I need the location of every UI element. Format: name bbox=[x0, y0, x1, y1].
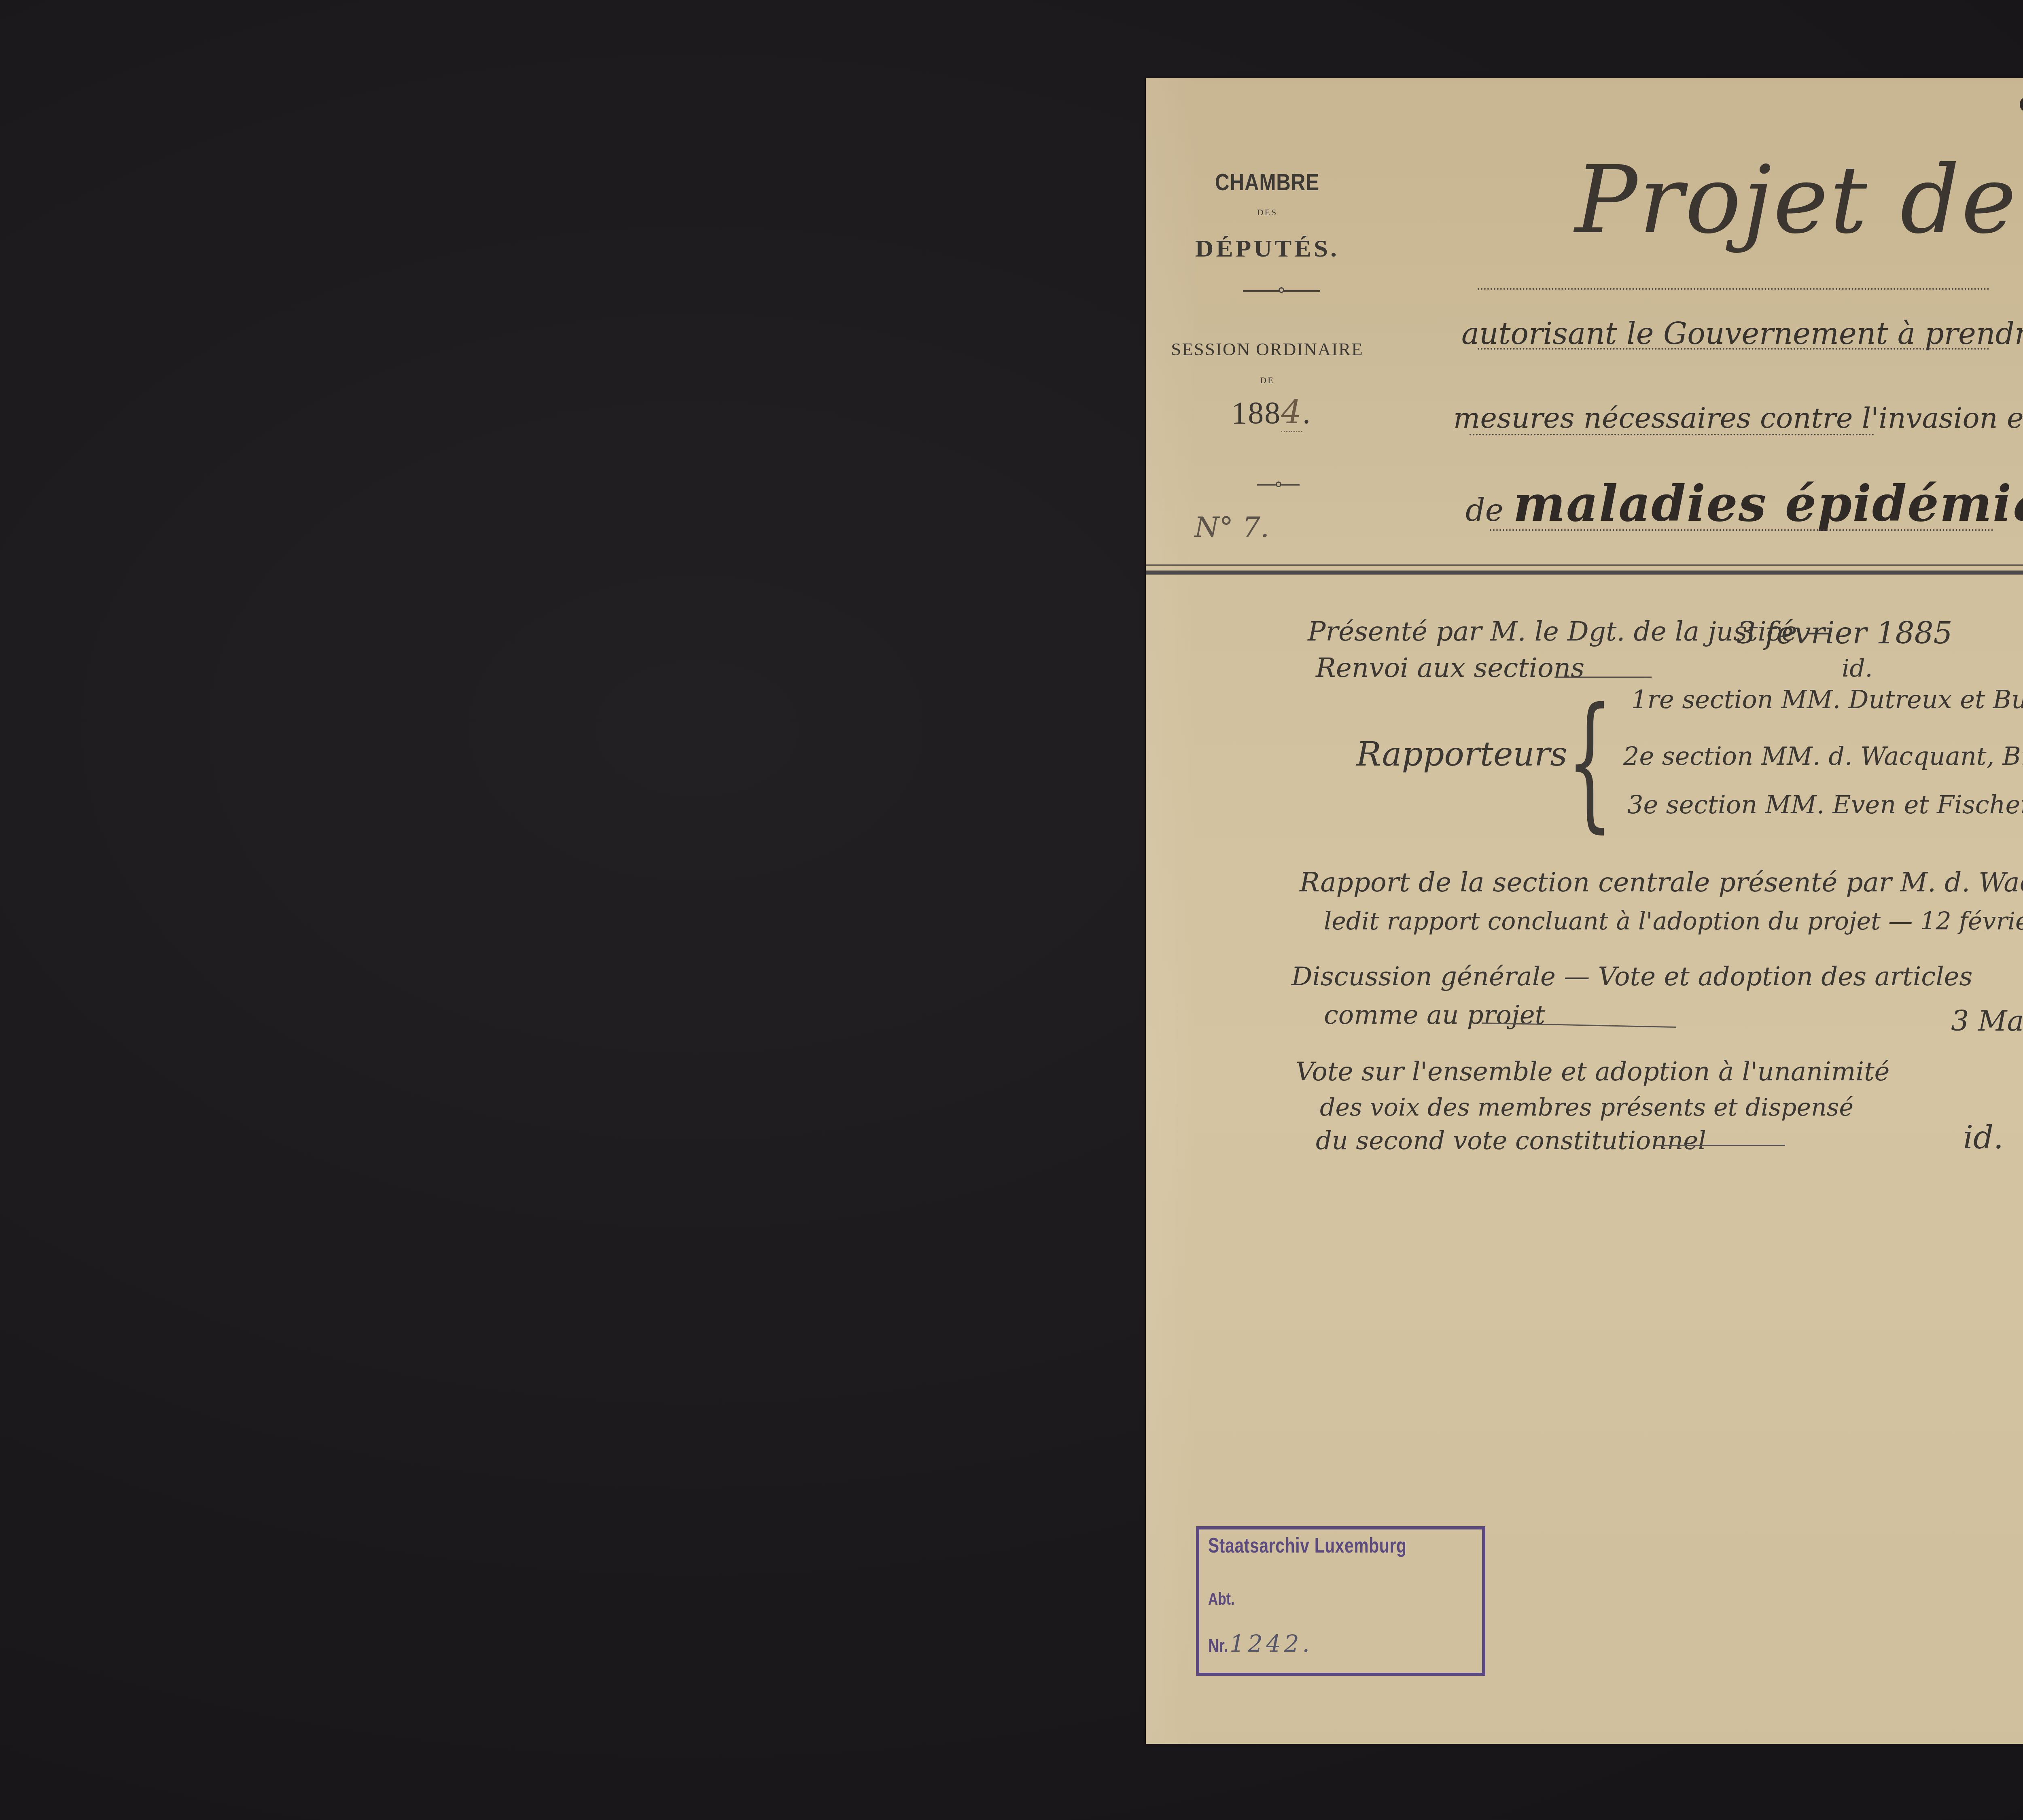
title-rule-2 bbox=[1470, 434, 1874, 435]
entry-vote-line-3: du second vote constitutionnel bbox=[1316, 1126, 1706, 1155]
separator-thick bbox=[1146, 571, 2023, 575]
entry-renvoi: Renvoi aux sections bbox=[1316, 652, 1584, 683]
entry-renvoi-mark: id. bbox=[1842, 654, 1873, 683]
header-session: SESSION ORDINAIRE bbox=[1146, 339, 1389, 360]
ornament-dot-icon bbox=[1279, 287, 1284, 293]
ornament-divider-small bbox=[1257, 484, 1300, 486]
title-rule-3 bbox=[1490, 529, 1993, 531]
entry-vote-line-2: des voix des membres présents et dispens… bbox=[1320, 1093, 1853, 1122]
entry-rapport-line-2: ledit rapport concluant à l'adoption du … bbox=[1324, 907, 2023, 935]
entry-discussion-date: 3 Mars, bbox=[1951, 1004, 2023, 1037]
year-suffix: . bbox=[1302, 395, 1311, 430]
header-des: DES bbox=[1154, 207, 1380, 218]
title-line-1: autorisant le Gouvernement à prendre les bbox=[1461, 316, 2023, 351]
entry-vote-line-1: Vote sur l'ensemble et adoption à l'unan… bbox=[1296, 1057, 1889, 1087]
header-de: DE bbox=[1154, 375, 1380, 386]
rapporteurs-label: Rapporteurs bbox=[1356, 735, 1567, 774]
rapporteur-section-1: 1re section MM. Dutreux et Buffet bbox=[1631, 685, 2023, 714]
entry-discussion-line-1: Discussion générale — Vote et adoption d… bbox=[1291, 962, 1972, 992]
separator-thin bbox=[1146, 564, 2023, 566]
entry-rapport-line-1: Rapport de la section centrale présenté … bbox=[1300, 867, 2023, 898]
header-chambre: CHAMBRE bbox=[1171, 169, 1364, 196]
stamp-abt-label: Abt. bbox=[1208, 1589, 1234, 1609]
stamp-title: Staatsarchiv Luxemburg bbox=[1208, 1534, 1407, 1558]
stamp-nr-value: 1242. bbox=[1230, 1630, 1313, 1657]
page-title: Projet de loi bbox=[1575, 146, 2023, 255]
year-handwritten: 4 bbox=[1281, 393, 1302, 432]
title-line-3: de maladies épidémiques. bbox=[1465, 474, 2023, 532]
header-deputes: DÉPUTÉS. bbox=[1148, 235, 1386, 263]
entry-discussion-line-2: comme au projet bbox=[1324, 1000, 1545, 1030]
stamp-nr-label: Nr. bbox=[1208, 1635, 1228, 1657]
entry-vote-dash bbox=[1656, 1145, 1785, 1146]
entry-presente-date: 3 février 1885 bbox=[1737, 616, 1953, 651]
title-line-2: mesures nécessaires contre l'invasion et… bbox=[1453, 401, 2023, 435]
ornament-dot-icon bbox=[1276, 482, 1281, 487]
entry-vote-date: id. bbox=[1963, 1120, 2004, 1156]
rapporteur-section-2: 2e section MM. d. Wacquant, Brasseur bbox=[1623, 741, 2023, 771]
ink-blot bbox=[2020, 98, 2023, 111]
title-line-3-prefix: de bbox=[1465, 492, 1503, 528]
title-rule-1 bbox=[1478, 348, 1989, 350]
title-rule bbox=[1478, 288, 1989, 290]
header-year: 1884. bbox=[1158, 393, 1385, 431]
document-number: N° 7. bbox=[1194, 511, 1316, 544]
title-emphasis: maladies épidémiques. bbox=[1513, 474, 2023, 532]
archive-stamp: Staatsarchiv Luxemburg Abt. Nr. 1242. bbox=[1196, 1526, 1485, 1676]
rapporteur-section-3: 3e section MM. Even et Fischer bbox=[1627, 790, 2023, 819]
brace-icon: { bbox=[1567, 677, 1613, 846]
year-printed: 188 bbox=[1231, 395, 1281, 430]
ornament-divider bbox=[1243, 290, 1320, 292]
document-page: CHAMBRE DES DÉPUTÉS. SESSION ORDINAIRE D… bbox=[1146, 78, 2023, 1744]
